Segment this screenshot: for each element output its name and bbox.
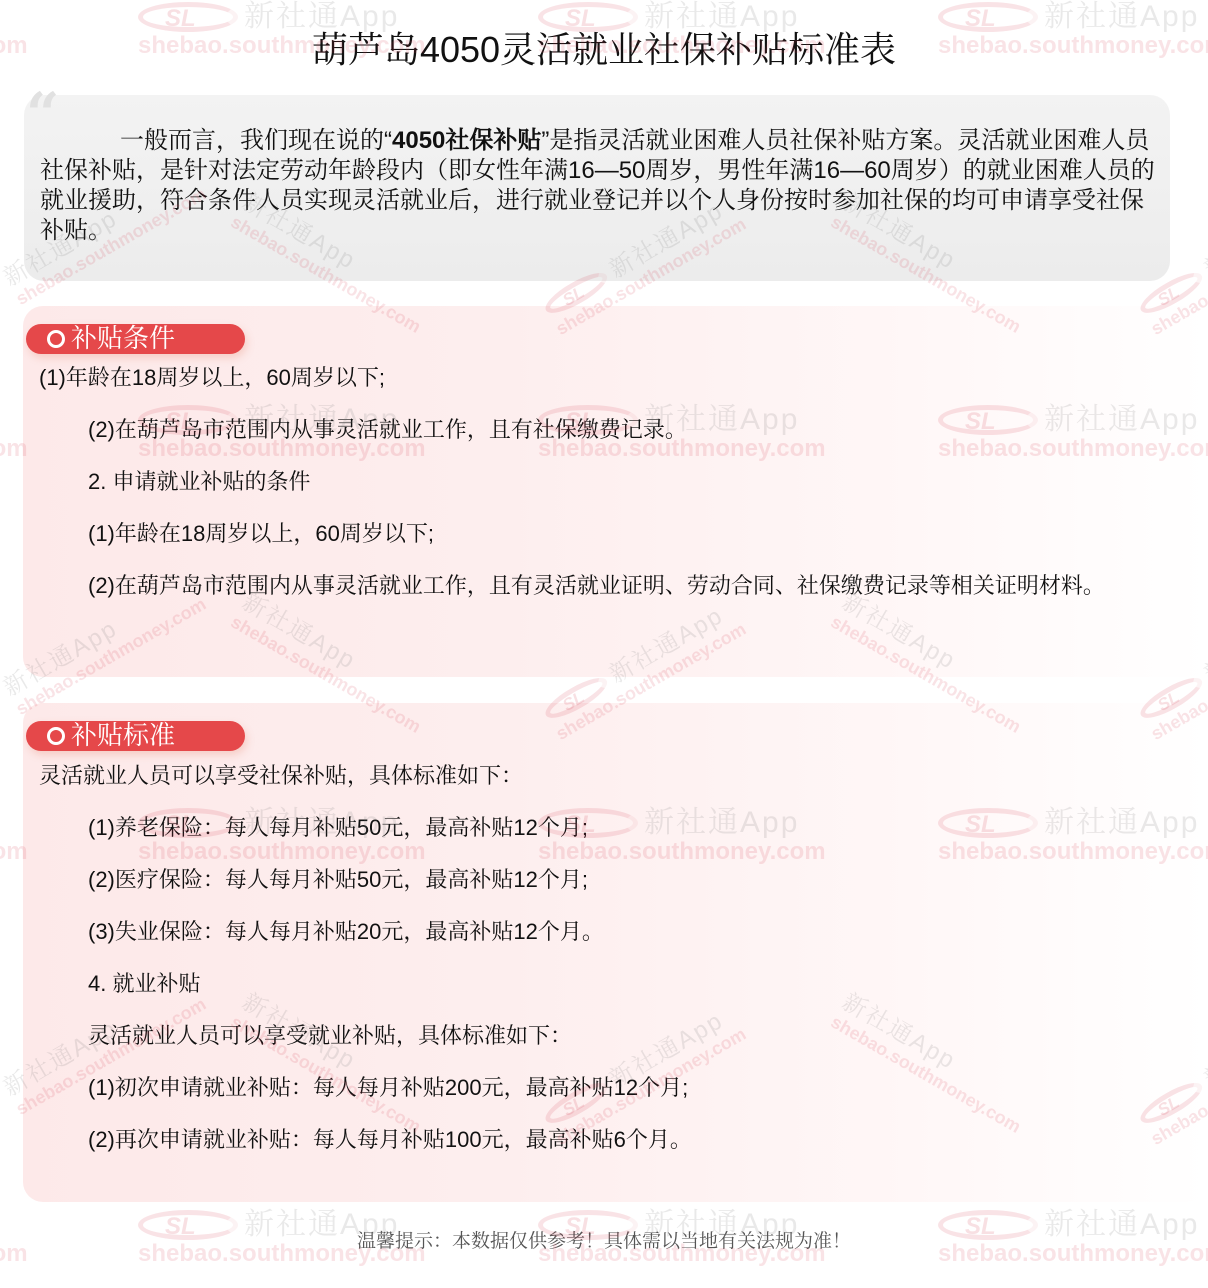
section-header-standards: 补贴标准 [26,721,245,751]
list-item: (1)养老保险：每人每月补贴50元，最高补贴12个月; [88,814,588,842]
intro-text-bold: 4050社保补贴 [392,127,541,154]
circle-bullet-icon [47,727,65,745]
section-conditions: 补贴条件 (1)年龄在18周岁以上，60周岁以下; (2)在葫芦岛市范围内从事灵… [23,306,1208,677]
section-standards: 补贴标准 灵活就业人员可以享受社保补贴，具体标准如下： (1)养老保险：每人每月… [23,703,1208,1202]
list-item: (1)初次申请就业补贴：每人每月补贴200元，最高补贴12个月; [88,1074,688,1102]
list-item: (2)医疗保险：每人每月补贴50元，最高补贴12个月; [88,866,588,894]
section-header-label: 补贴标准 [71,715,175,752]
list-item: (3)失业保险：每人每月补贴20元，最高补贴12个月。 [88,918,604,946]
list-item: 4. 就业补贴 [88,970,200,998]
list-item: (2)再次申请就业补贴：每人每月补贴100元，最高补贴6个月。 [88,1126,692,1154]
intro-quote-box: “ 一般而言，我们现在说的“4050社保补贴”是指灵活就业困难人员社保补贴方案。… [24,95,1170,281]
list-item: (2)在葫芦岛市范围内从事灵活就业工作，且有社保缴费记录。 [88,416,687,444]
section-header-label: 补贴条件 [71,318,175,355]
footer-notice: 温馨提示：本数据仅供参考！具体需以当地有关法规为准！ [0,1226,1208,1253]
list-item: 灵活就业人员可以享受社保补贴，具体标准如下： [39,762,523,790]
list-item: (2)在葫芦岛市范围内从事灵活就业工作，且有灵活就业证明、劳动合同、社保缴费记录… [39,572,1149,600]
intro-paragraph: 一般而言，我们现在说的“4050社保补贴”是指灵活就业困难人员社保补贴方案。灵活… [40,126,1156,246]
list-item: 灵活就业人员可以享受就业补贴，具体标准如下： [88,1022,572,1050]
list-item: 2. 申请就业补贴的条件 [88,468,310,496]
list-item: (1)年龄在18周岁以上，60周岁以下; [39,364,385,392]
circle-bullet-icon [47,330,65,348]
intro-text-before: 一般而言，我们现在说的“ [120,127,392,154]
list-item: (1)年龄在18周岁以上，60周岁以下; [88,520,434,548]
section-header-conditions: 补贴条件 [26,324,245,354]
page-title: 葫芦岛4050灵活就业社保补贴标准表 [0,22,1208,73]
